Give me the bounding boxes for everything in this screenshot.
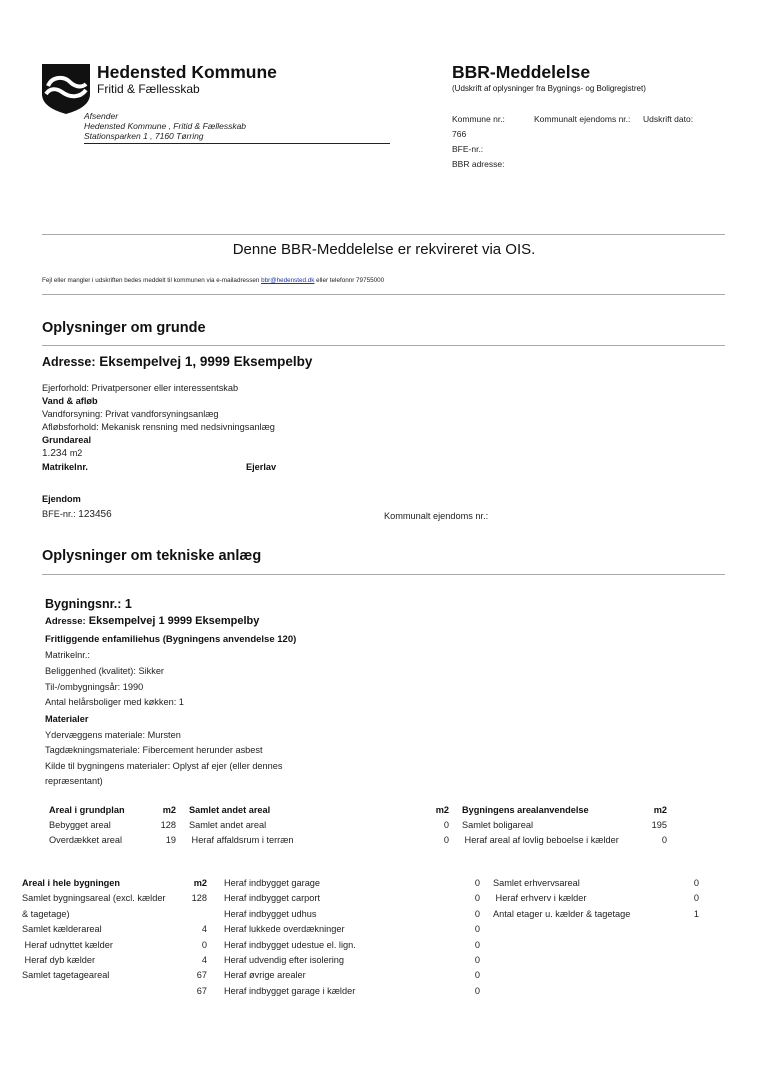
bfe-label: BFE-nr.:	[42, 509, 76, 519]
materialer-heading: Materialer	[45, 714, 88, 724]
heraf-row-label: Heraf øvrige arealer	[224, 970, 306, 980]
grundplan-row-value: 19	[136, 835, 176, 845]
andet-row-label: Samlet andet areal	[189, 820, 266, 830]
heraf-row-label: Heraf lukkede overdækninger	[224, 924, 345, 934]
bfe-nr-label: BFE-nr.:	[452, 144, 483, 154]
udskrift-dato-label: Udskrift dato:	[643, 114, 693, 124]
heraf-row-label: Heraf indbygget garage i kælder	[224, 986, 355, 996]
contact-notice: Fejl eller mangler i udskriften bedes me…	[42, 277, 384, 284]
andet-unit: m2	[409, 805, 449, 815]
grundareal-heading: Grundareal	[42, 435, 91, 445]
bbr-adresse-label: BBR adresse:	[452, 159, 504, 169]
anvendelse-row-label: Heraf areal af lovlig beboelse i kælder	[462, 835, 619, 845]
hele-row-label: Heraf udnyttet kælder	[22, 940, 113, 950]
org-name: Hedensted Kommune	[97, 62, 277, 83]
erhverv-row-value: 1	[659, 909, 699, 919]
hele-row-value: 0	[167, 940, 207, 950]
divider	[42, 294, 725, 295]
hele-row-label: Samlet bygningsareal (excl. kælder	[22, 893, 166, 903]
divider	[42, 345, 725, 346]
grundplan-unit: m2	[136, 805, 176, 815]
address-value: Eksempelvej 1, 9999 Eksempelby	[99, 354, 312, 369]
heraf-row-value: 0	[440, 986, 480, 996]
heraf-row-label: Heraf udvendig efter isolering	[224, 955, 344, 965]
vandforsyning: Vandforsyning: Privat vandforsyningsanlæ…	[42, 409, 219, 419]
hele-row-value: 4	[167, 924, 207, 934]
ejendom-heading: Ejendom	[42, 494, 81, 504]
anvendelse-unit: m2	[627, 805, 667, 815]
heraf-row-value: 0	[440, 909, 480, 919]
erhverv-row-label: Antal etager u. kælder & tagetage	[493, 909, 630, 919]
ydervaeg: Ydervæggens materiale: Mursten	[45, 730, 181, 740]
vand-heading: Vand & afløb	[42, 396, 98, 406]
hele-row-label: Heraf dyb kælder	[22, 955, 95, 965]
kommunalt-ejendoms-nr-label: Kommunalt ejendoms nr.:	[534, 114, 630, 124]
heraf-row-label: Heraf indbygget carport	[224, 893, 320, 903]
grundareal-unit: m2	[70, 448, 83, 458]
building-usage: Fritliggende enfamiliehus (Bygningens an…	[45, 634, 296, 645]
section-title-grund: Oplysninger om grunde	[42, 320, 206, 336]
anvendelse-row-value: 195	[627, 820, 667, 830]
divider	[42, 234, 725, 235]
tagdaekning: Tagdækningsmateriale: Fibercement herund…	[45, 745, 263, 755]
hedensted-shield-logo-icon	[42, 64, 90, 114]
grundareal-value: 1.234 m2	[42, 448, 82, 459]
hele-row-value: 128	[167, 893, 207, 903]
address-label: Adresse:	[42, 355, 96, 369]
sender-label: Afsender	[84, 111, 118, 121]
divider	[42, 574, 725, 575]
bfe-value: 123456	[78, 509, 111, 520]
kommune-nr-label: Kommune nr.:	[452, 114, 505, 124]
building-address: Adresse: Eksempelvej 1 9999 Eksempelby	[45, 615, 259, 627]
erhverv-row-label: Heraf erhverv i kælder	[493, 893, 586, 903]
heraf-row-label: Heraf indbygget udestue el. lign.	[224, 940, 356, 950]
building-beliggenhed: Beliggenhed (kvalitet): Sikker	[45, 666, 164, 676]
building-address-value: Eksempelvej 1 9999 Eksempelby	[89, 615, 260, 627]
anvendelse-row-label: Samlet boligareal	[462, 820, 533, 830]
erhverv-row-value: 0	[659, 878, 699, 888]
hele-heading: Areal i hele bygningen	[22, 878, 120, 888]
ejerforhold: Ejerforhold: Privatpersoner eller intere…	[42, 383, 238, 393]
grundplan-row-label: Overdækket areal	[49, 835, 122, 845]
grund-address: Adresse: Eksempelvej 1, 9999 Eksempelby	[42, 354, 312, 369]
section-title-teknisk: Oplysninger om tekniske anlæg	[42, 548, 261, 564]
sender-line2: Stationsparken 1 , 7160 Tørring	[84, 131, 204, 141]
heraf-row-value: 0	[440, 955, 480, 965]
andet-row-label: Heraf affaldsrum i terræn	[189, 835, 294, 845]
building-matrikelnr: Matrikelnr.:	[45, 650, 90, 660]
hele-row-label: Samlet kælderareal	[22, 924, 102, 934]
hele-row-value: 67	[167, 970, 207, 980]
heraf-row-value: 0	[440, 940, 480, 950]
kommune-nr-value: 766	[452, 129, 466, 139]
hele-row-label: Samlet tagetageareal	[22, 970, 109, 980]
heraf-row-label: Heraf indbygget udhus	[224, 909, 316, 919]
contact-prefix: Fejl eller mangler i udskriften bedes me…	[42, 277, 259, 284]
anvendelse-heading: Bygningens arealanvendelse	[462, 805, 589, 815]
heraf-row-label: Heraf indbygget garage	[224, 878, 320, 888]
contact-suffix: eller telefonnr 79755000	[316, 277, 384, 284]
email-link[interactable]: bbr@hedensted.dk	[261, 277, 314, 284]
hele-row-label: & tagetage)	[22, 909, 70, 919]
doc-title: BBR-Meddelelse	[452, 62, 590, 83]
ejerlav-label: Ejerlav	[246, 462, 276, 472]
matrikelnr-label: Matrikelnr.	[42, 462, 88, 472]
grundareal-number: 1.234	[42, 448, 67, 459]
afloebsforhold: Afløbsforhold: Mekanisk rensning med ned…	[42, 422, 275, 432]
kilde-line2: repræsentant)	[45, 776, 103, 786]
heraf-row-value: 0	[440, 878, 480, 888]
sender-divider	[84, 143, 390, 144]
hele-row-value: 67	[167, 986, 207, 996]
heraf-row-value: 0	[440, 893, 480, 903]
andet-row-value: 0	[409, 820, 449, 830]
hele-row-value: 4	[167, 955, 207, 965]
andet-heading: Samlet andet areal	[189, 805, 270, 815]
building-number: Bygningsnr.: 1	[45, 597, 132, 611]
sender-line1: Hedensted Kommune , Fritid & Fællesskab	[84, 121, 246, 131]
anvendelse-row-value: 0	[627, 835, 667, 845]
grundplan-heading: Areal i grundplan	[49, 805, 125, 815]
heraf-row-value: 0	[440, 970, 480, 980]
erhverv-row-label: Samlet erhvervsareal	[493, 878, 580, 888]
bfe-field: BFE-nr.: 123456	[42, 509, 112, 520]
kommunalt-ejendoms-label: Kommunalt ejendoms nr.:	[384, 511, 488, 521]
building-address-label: Adresse:	[45, 616, 86, 627]
grundplan-row-value: 128	[136, 820, 176, 830]
building-ombygningsaar: Til-/ombygningsår: 1990	[45, 682, 143, 692]
kilde-line1: Kilde til bygningens materialer: Oplyst …	[45, 761, 282, 771]
hele-unit: m2	[167, 878, 207, 888]
andet-row-value: 0	[409, 835, 449, 845]
org-subtitle: Fritid & Fællesskab	[97, 82, 200, 96]
doc-subtitle: (Udskrift af oplysninger fra Bygnings- o…	[452, 84, 646, 93]
heraf-row-value: 0	[440, 924, 480, 934]
ois-notice: Denne BBR-Meddelelse er rekvireret via O…	[0, 241, 768, 258]
building-helaarsboliger: Antal helårsboliger med køkken: 1	[45, 697, 184, 707]
grundplan-row-label: Bebygget areal	[49, 820, 111, 830]
erhverv-row-value: 0	[659, 893, 699, 903]
